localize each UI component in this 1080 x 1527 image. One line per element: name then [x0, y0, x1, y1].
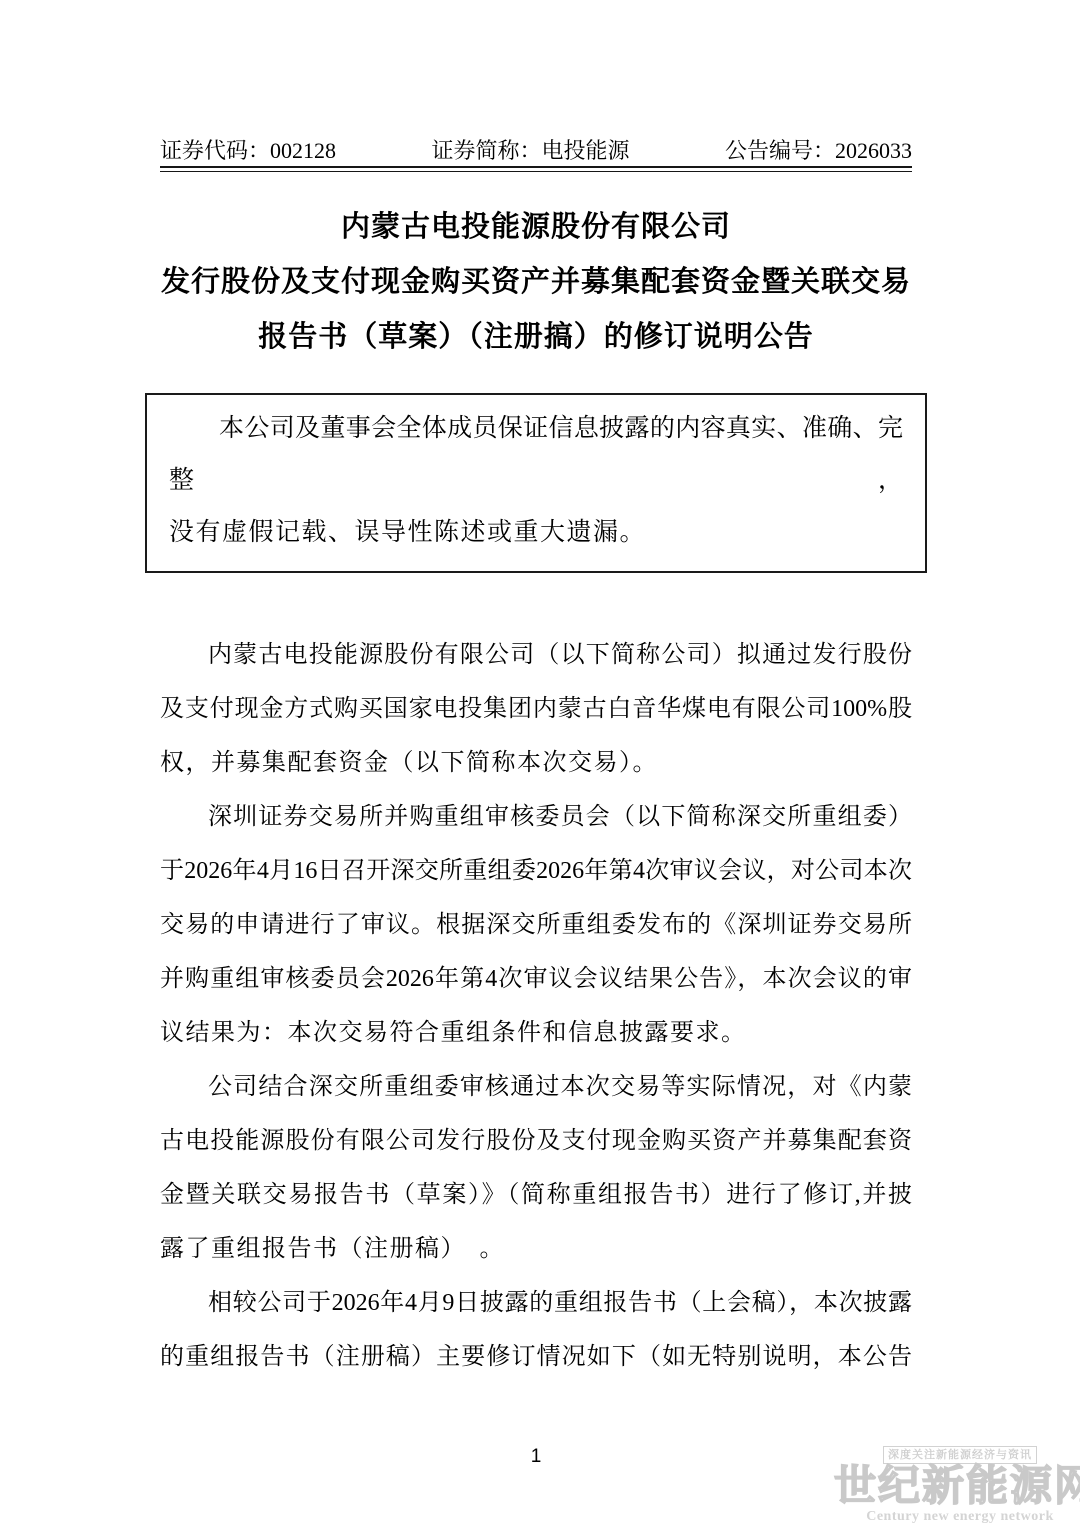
paragraph-line: 露了重组报告书（注册稿） 。: [160, 1222, 912, 1276]
document-title: 内蒙古电投能源股份有限公司 发行股份及支付现金购买资产并募集配套资金暨关联交易 …: [160, 200, 912, 365]
header-divider: [160, 168, 912, 172]
document-body: 内蒙古电投能源股份有限公司（以下简称公司）拟通过发行股份 及支付现金方式购买国家…: [160, 628, 912, 1384]
paragraph-line: 古电投能源股份有限公司发行股份及支付现金购买资产并募集配套资: [160, 1114, 912, 1168]
stock-code: 证券代码：002128: [160, 138, 336, 164]
paragraph-line: 权，并募集配套资金（以下简称本次交易）。: [160, 736, 912, 790]
watermark-subtitle: Century new energy network: [834, 1508, 1080, 1525]
paragraph-line: 于2026年4月16日召开深交所重组委2026年第4次审议会议，对公司本次: [160, 844, 912, 898]
paragraph-line: 内蒙古电投能源股份有限公司（以下简称公司）拟通过发行股份: [160, 628, 912, 682]
paragraph-3: 公司结合深交所重组委审核通过本次交易等实际情况，对《内蒙 古电投能源股份有限公司…: [160, 1060, 912, 1276]
paragraph-4: 相较公司于2026年4月9日披露的重组报告书（上会稿），本次披露 的重组报告书（…: [160, 1276, 912, 1384]
paragraph-line: 并购重组审核委员会2026年第4次审议会议结果公告》，本次会议的审: [160, 952, 912, 1006]
title-line-transaction: 发行股份及支付现金购买资产并募集配套资金暨关联交易: [160, 255, 912, 310]
paragraph-1: 内蒙古电投能源股份有限公司（以下简称公司）拟通过发行股份 及支付现金方式购买国家…: [160, 628, 912, 790]
stock-abbreviation: 证券简称：电投能源: [431, 138, 629, 164]
page-number: 1: [160, 1444, 912, 1470]
paragraph-line: 公司结合深交所重组委审核通过本次交易等实际情况，对《内蒙: [160, 1060, 912, 1114]
paragraph-line: 的重组报告书（注册稿）主要修订情况如下（如无特别说明，本公告: [160, 1330, 912, 1384]
document-page: 证券代码：002128 证券简称：电投能源 公告编号：2026033 内蒙古电投…: [0, 0, 1080, 1527]
paragraph-line: 及支付现金方式购买国家电投集团内蒙古白音华煤电有限公司100%股: [160, 682, 912, 736]
document-header: 证券代码：002128 证券简称：电投能源 公告编号：2026033: [160, 138, 912, 168]
notice-line: 本公司及董事会全体成员保证信息披露的内容真实、准确、完整，: [169, 403, 903, 507]
paragraph-line: 议结果为：本次交易符合重组条件和信息披露要求。: [160, 1006, 912, 1060]
title-line-report: 报告书（草案）（注册搞）的修订说明公告: [160, 310, 912, 365]
notice-line: 没有虚假记载、误导性陈述或重大遗漏。: [169, 507, 903, 559]
notice-box: 本公司及董事会全体成员保证信息披露的内容真实、准确、完整， 没有虚假记载、误导性…: [145, 393, 927, 573]
announcement-number: 公告编号：2026033: [725, 138, 912, 164]
paragraph-line: 相较公司于2026年4月9日披露的重组报告书（上会稿），本次披露: [160, 1276, 912, 1330]
paragraph-2: 深圳证券交易所并购重组审核委员会（以下简称深交所重组委） 于2026年4月16日…: [160, 790, 912, 1060]
paragraph-line: 深圳证券交易所并购重组审核委员会（以下简称深交所重组委）: [160, 790, 912, 844]
paragraph-line: 金暨关联交易报告书（草案）》（简称重组报告书）进行了修订,并披: [160, 1168, 912, 1222]
watermark-logo-text: 世纪新能源网: [834, 1464, 1080, 1508]
paragraph-line: 交易的申请进行了审议。根据深交所重组委发布的《深圳证券交易所: [160, 898, 912, 952]
title-line-company: 内蒙古电投能源股份有限公司: [160, 200, 912, 255]
